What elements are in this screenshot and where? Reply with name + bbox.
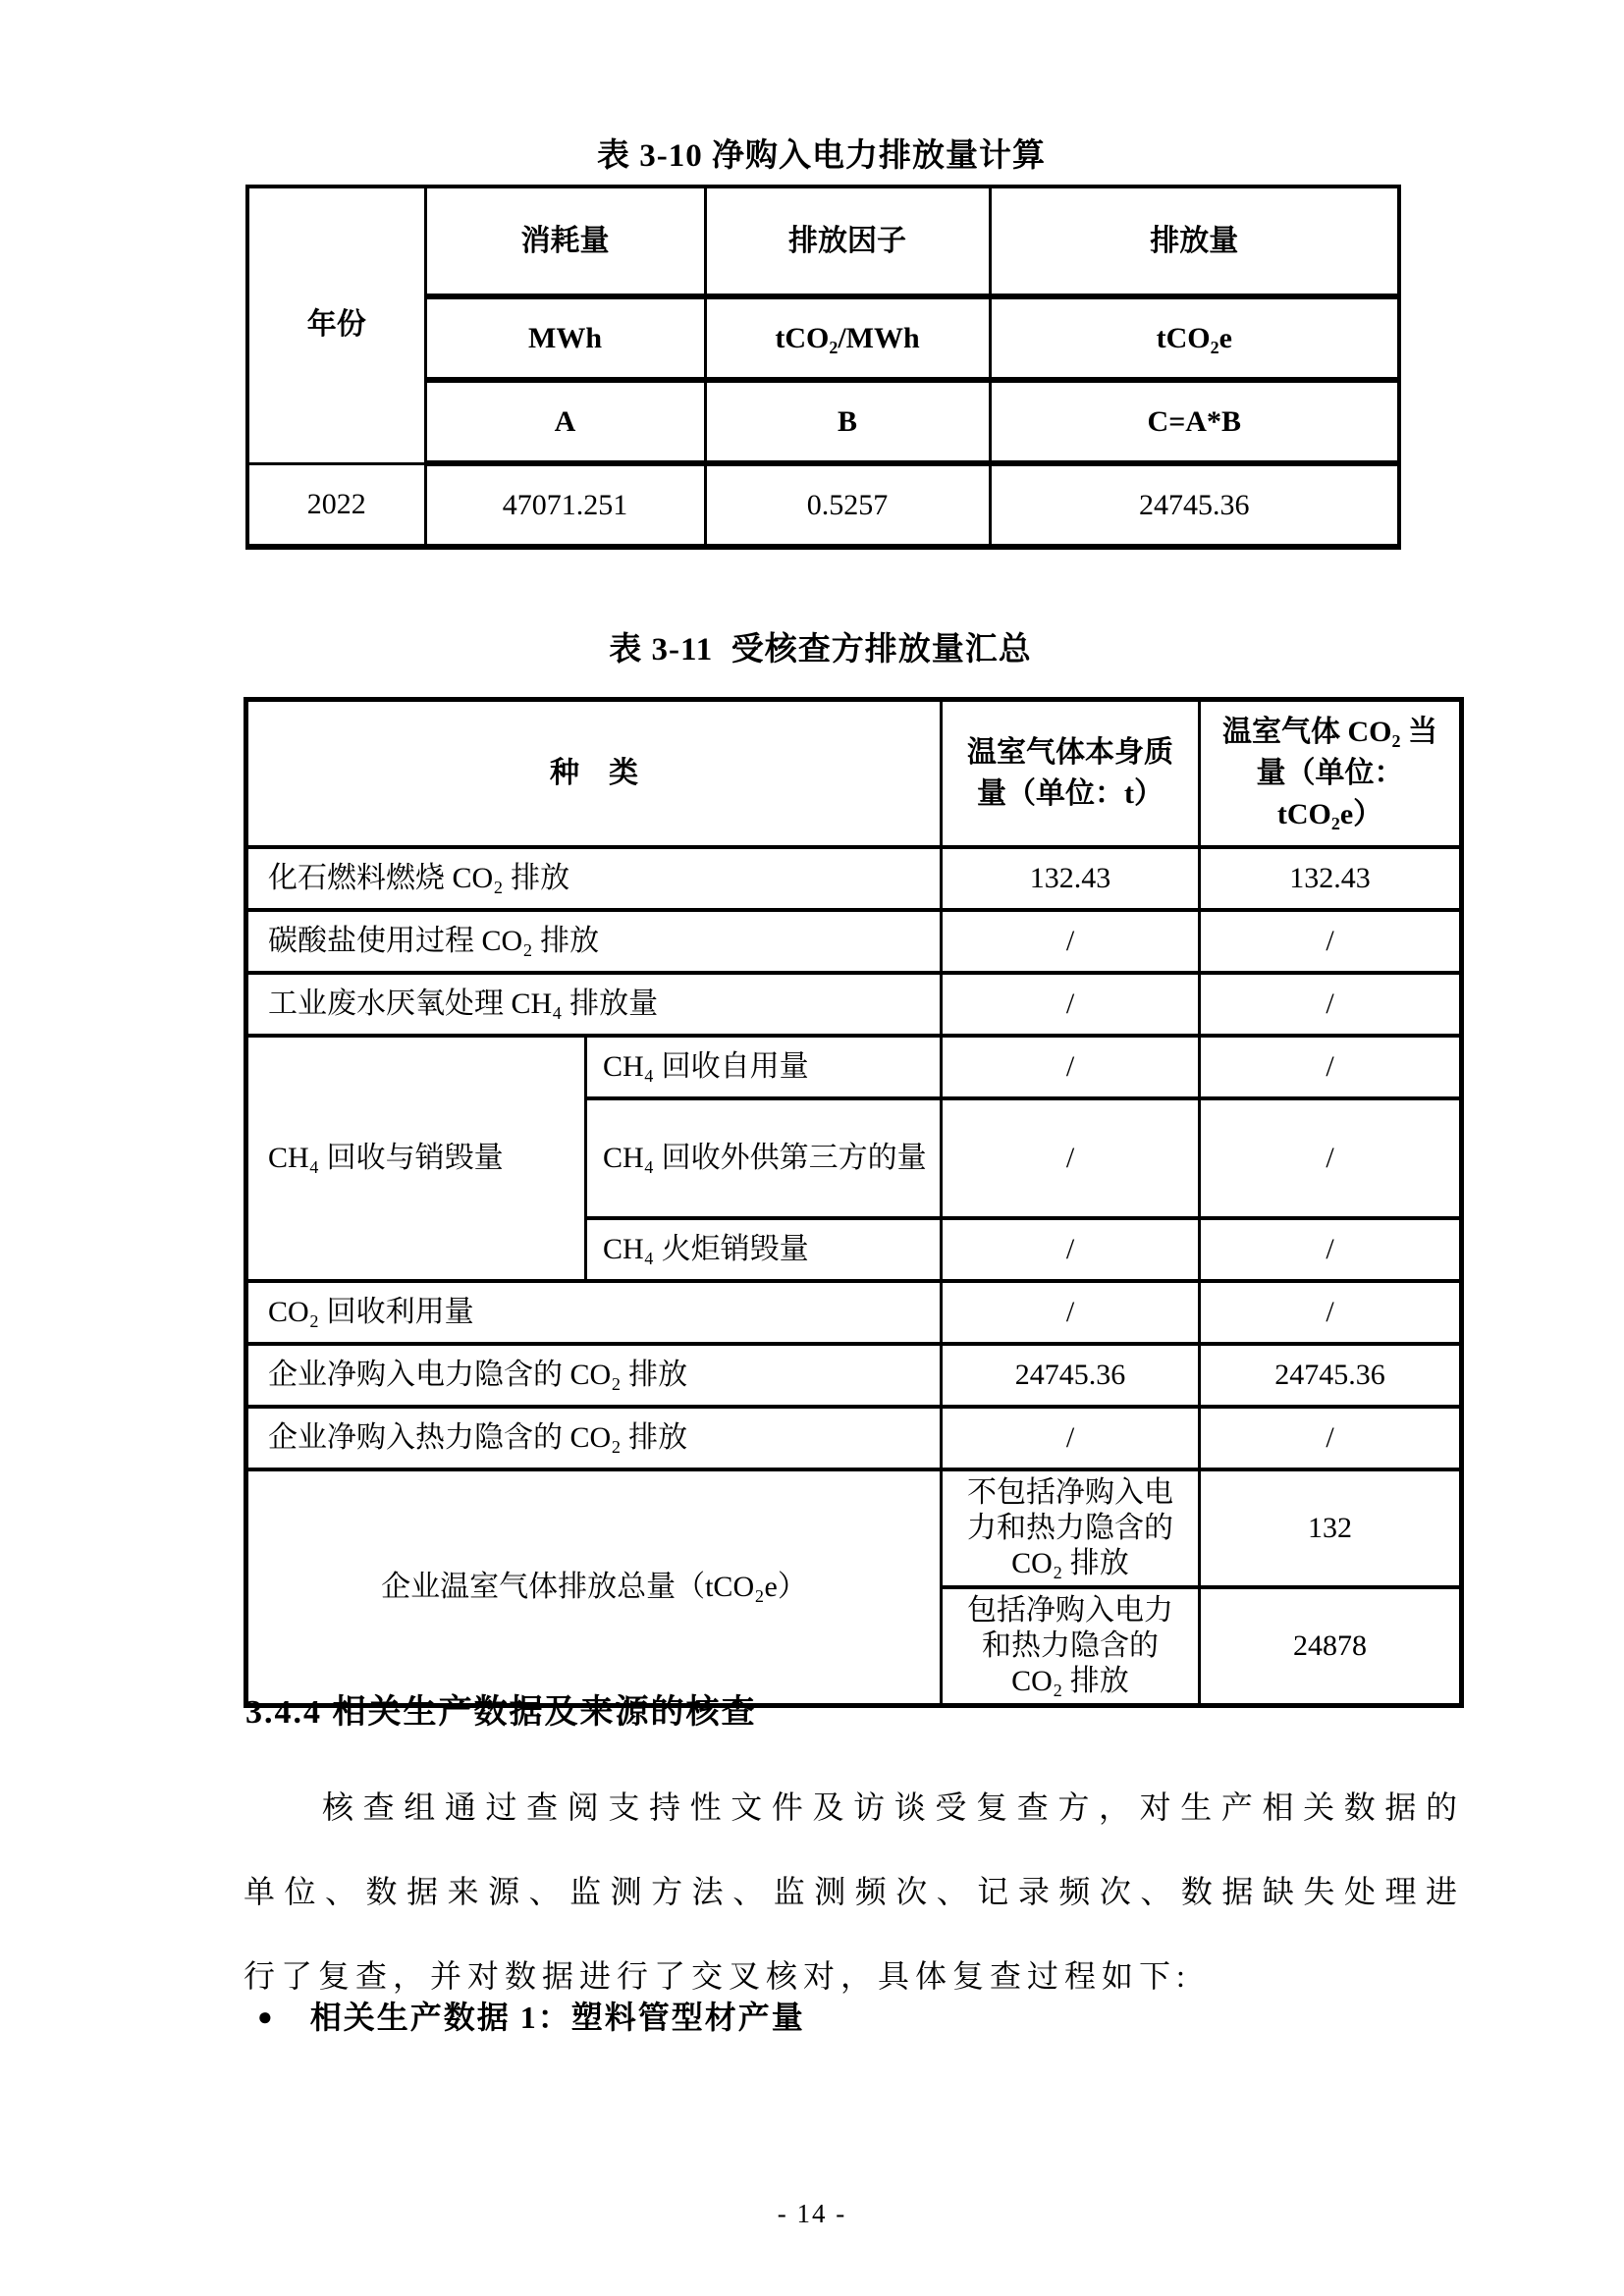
t10-header-year: 年份	[247, 187, 425, 463]
t11-row-ch4third-label: CH₄ 回收外供第三方的量	[586, 1098, 942, 1218]
t11-row-ch4third-mass: /	[942, 1098, 1200, 1218]
document-page: 表 3-10 净购入电力排放量计算 年份 消耗量 排放因子 排放量 MWh tC…	[0, 0, 1624, 2296]
table-row: CO₂ 回收利用量 / /	[246, 1281, 1462, 1344]
t11-row-ch4flare-co2e: /	[1200, 1218, 1462, 1281]
t11-header-mass: 温室气体本身质量（单位：t）	[942, 700, 1200, 847]
t11-row-ch4self-mass: /	[942, 1036, 1200, 1098]
t11-row-ch4flare-label: CH₄ 火炬销毁量	[586, 1218, 942, 1281]
table-row: 种 类 温室气体本身质量（单位：t） 温室气体 CO₂ 当量（单位：tCO₂e）	[246, 700, 1462, 847]
table-row: 企业净购入电力隐含的 CO₂ 排放 24745.36 24745.36	[246, 1344, 1462, 1407]
t11-row-carbonate-mass: /	[942, 910, 1200, 973]
t11-row-fossil-label: 化石燃料燃烧 CO₂ 排放	[246, 847, 942, 910]
t11-row-electricity-mass: 24745.36	[942, 1344, 1200, 1407]
body-paragraph: 核查组通过查阅支持性文件及访谈受复查方，对生产相关数据的 单位、数据来源、监测方…	[244, 1765, 1463, 2018]
table-row: CH₄ 回收与销毁量 CH₄ 回收自用量 / /	[246, 1036, 1462, 1098]
t11-row-ch4third-co2e: /	[1200, 1098, 1462, 1218]
t11-row-co2recovery-mass: /	[942, 1281, 1200, 1344]
t11-row-heat-mass: /	[942, 1407, 1200, 1469]
t10-code-factor: B	[705, 380, 990, 463]
t11-group-ch4-label: CH₄ 回收与销毁量	[246, 1036, 586, 1281]
t10-unit-consumption: MWh	[425, 296, 705, 380]
t10-header-emission: 排放量	[990, 187, 1399, 296]
section-heading-3-4-4: 3.4.4 相关生产数据及来源的核查	[245, 1684, 757, 1733]
paragraph-line-1: 核查组通过查阅支持性文件及访谈受复查方，对生产相关数据的	[244, 1765, 1463, 1849]
t11-row-ch4self-co2e: /	[1200, 1036, 1462, 1098]
t11-row-electricity-co2e: 24745.36	[1200, 1344, 1462, 1407]
t11-row-heat-label: 企业净购入热力隐含的 CO₂ 排放	[246, 1407, 942, 1469]
t11-header-co2e: 温室气体 CO₂ 当量（单位：tCO₂e）	[1200, 700, 1462, 847]
t11-row-carbonate-label: 碳酸盐使用过程 CO₂ 排放	[246, 910, 942, 973]
t11-row-carbonate-co2e: /	[1200, 910, 1462, 973]
t11-total-incl-value: 24878	[1200, 1587, 1462, 1706]
t11-total-excl-label: 不包括净购入电力和热力隐含的 CO₂ 排放	[942, 1469, 1200, 1587]
t10-unit-factor: tCO₂/MWh	[705, 296, 990, 380]
table-row: 化石燃料燃烧 CO₂ 排放 132.43 132.43	[246, 847, 1462, 910]
t10-header-consumption: 消耗量	[425, 187, 705, 296]
bullet-item: ● 相关生产数据 1：塑料管型材产量	[257, 1995, 805, 2040]
table-row: 碳酸盐使用过程 CO₂ 排放 / /	[246, 910, 1462, 973]
t11-row-fossil-co2e: 132.43	[1200, 847, 1462, 910]
t11-row-electricity-label: 企业净购入电力隐含的 CO₂ 排放	[246, 1344, 942, 1407]
t10-value-emission: 24745.36	[990, 463, 1399, 547]
table-3-11: 种 类 温室气体本身质量（单位：t） 温室气体 CO₂ 当量（单位：tCO₂e）…	[244, 697, 1464, 1708]
table-row: 年份 消耗量 排放因子 排放量	[247, 187, 1399, 296]
t10-code-consumption: A	[425, 380, 705, 463]
table-3-10: 年份 消耗量 排放因子 排放量 MWh tCO₂/MWh tCO₂e A B C…	[245, 185, 1401, 550]
t11-row-wastewater-label: 工业废水厌氧处理 CH₄ 排放量	[246, 973, 942, 1036]
paragraph-line-2: 单位、数据来源、监测方法、监测频次、记录频次、数据缺失处理进	[244, 1849, 1463, 1934]
table-3-10-title: 表 3-10 净购入电力排放量计算	[245, 130, 1397, 176]
t11-row-fossil-mass: 132.43	[942, 847, 1200, 910]
t10-value-year: 2022	[247, 463, 425, 547]
page-number: - 14 -	[0, 2199, 1624, 2229]
bullet-item-text: 相关生产数据 1：塑料管型材产量	[310, 1995, 805, 2040]
table-row: 企业净购入热力隐含的 CO₂ 排放 / /	[246, 1407, 1462, 1469]
table-row: 企业温室气体排放总量（tCO₂e） 不包括净购入电力和热力隐含的 CO₂ 排放 …	[246, 1469, 1462, 1587]
t11-row-wastewater-mass: /	[942, 973, 1200, 1036]
t11-total-excl-value: 132	[1200, 1469, 1462, 1587]
t11-header-category: 种 类	[246, 700, 942, 847]
t11-total-incl-label: 包括净购入电力和热力隐含的 CO₂ 排放	[942, 1587, 1200, 1706]
table-row: 2022 47071.251 0.5257 24745.36	[247, 463, 1399, 547]
t11-total-label: 企业温室气体排放总量（tCO₂e）	[246, 1469, 942, 1706]
bullet-icon: ●	[257, 1995, 273, 2040]
t11-row-ch4self-label: CH₄ 回收自用量	[586, 1036, 942, 1098]
t11-row-wastewater-co2e: /	[1200, 973, 1462, 1036]
t11-row-heat-co2e: /	[1200, 1407, 1462, 1469]
t10-unit-emission: tCO₂e	[990, 296, 1399, 380]
t10-code-emission: C=A*B	[990, 380, 1399, 463]
t11-row-co2recovery-co2e: /	[1200, 1281, 1462, 1344]
t10-header-factor: 排放因子	[705, 187, 990, 296]
t11-row-ch4flare-mass: /	[942, 1218, 1200, 1281]
t10-value-consumption: 47071.251	[425, 463, 705, 547]
table-3-11-title: 表 3-11 受核查方排放量汇总	[244, 623, 1397, 669]
table-row: 工业废水厌氧处理 CH₄ 排放量 / /	[246, 973, 1462, 1036]
t11-row-co2recovery-label: CO₂ 回收利用量	[246, 1281, 942, 1344]
t10-value-factor: 0.5257	[705, 463, 990, 547]
